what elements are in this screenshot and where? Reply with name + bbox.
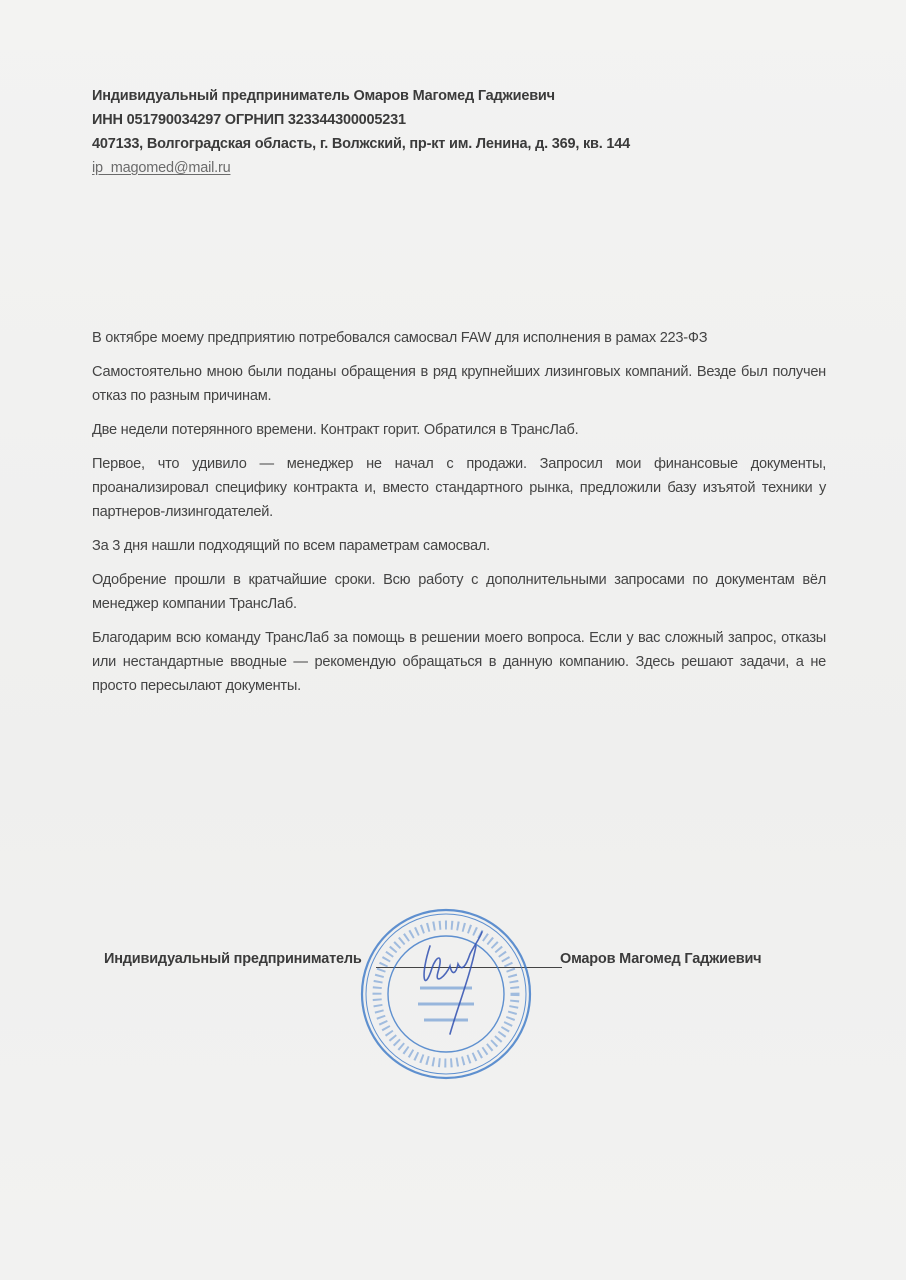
address: 407133, Волгоградская область, г. Волжск… [92, 132, 712, 156]
entrepreneur-name: Индивидуальный предприниматель Омаров Ма… [92, 84, 712, 108]
signer-name: Омаров Магомед Гаджиевич [560, 951, 761, 967]
paragraph: В октябре моему предприятию потребовался… [92, 326, 826, 350]
paragraph: За 3 дня нашли подходящий по всем параме… [92, 534, 826, 558]
round-seal-stamp-icon [358, 906, 534, 1082]
signature-line [376, 967, 562, 968]
paragraph: Благодарим всю команду ТрансЛаб за помощ… [92, 626, 826, 698]
letter-body: В октябре моему предприятию потребовался… [92, 326, 826, 708]
paragraph: Две недели потерянного времени. Контракт… [92, 418, 826, 442]
document-page: Индивидуальный предприниматель Омаров Ма… [0, 0, 906, 1280]
letterhead: Индивидуальный предприниматель Омаров Ма… [92, 84, 712, 180]
tax-ids: ИНН 051790034297 ОГРНИП 323344300005231 [92, 108, 712, 132]
paragraph: Самостоятельно мною были поданы обращени… [92, 360, 826, 408]
paragraph: Первое, что удивило — менеджер не начал … [92, 452, 826, 524]
signer-role: Индивидуальный предприниматель [104, 951, 362, 967]
paragraph: Одобрение прошли в кратчайшие сроки. Всю… [92, 568, 826, 616]
email-link[interactable]: ip_magomed@mail.ru [92, 160, 230, 176]
signature-block: Индивидуальный предприниматель Омаров Ма… [104, 951, 824, 975]
